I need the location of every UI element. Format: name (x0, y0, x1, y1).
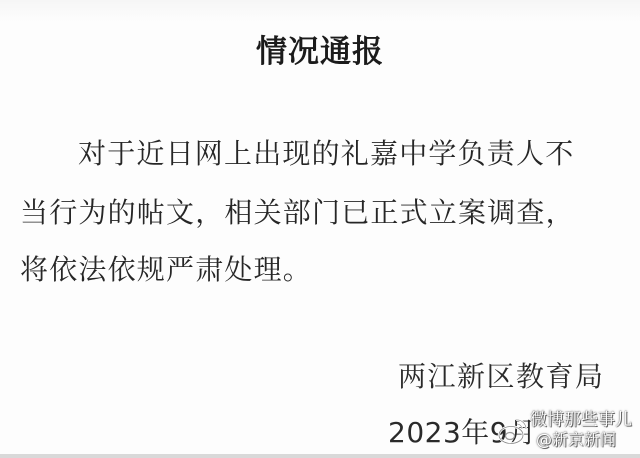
body-line-2: 当行为的帖文，相关部门已正式立案调查， (20, 193, 575, 233)
document-title: 情况通报 (0, 30, 640, 74)
issue-date: 2023年9月 (388, 413, 537, 453)
body-line-3: 将依法依规严肃处理。 (20, 250, 312, 290)
issuer-signature: 两江新区教育局 (398, 357, 605, 397)
document-page: 情况通报 对于近日网上出现的礼嘉中学负责人不 当行为的帖文，相关部门已正式立案调… (0, 0, 640, 454)
body-line-1: 对于近日网上出现的礼嘉中学负责人不 (78, 134, 574, 174)
bottom-edge (0, 454, 640, 458)
scan-edge (0, 0, 640, 22)
